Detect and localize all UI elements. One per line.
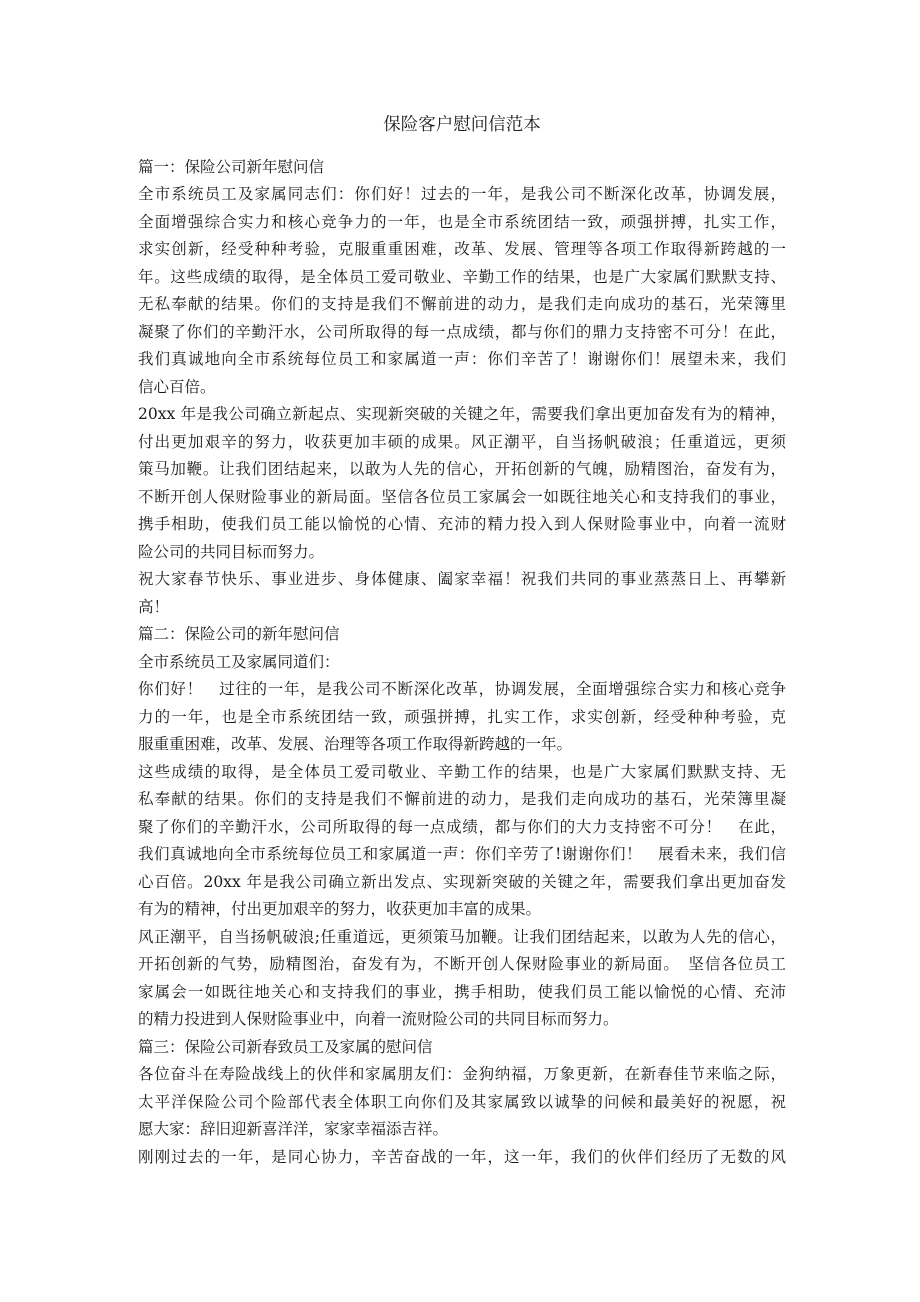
text-line: 各位奋斗在寿险战线上的伙伴和家属朋友们：金狗纳福，万象更新，在新春佳节来临之际， [138, 1061, 786, 1089]
text-line: 的精力投进到人保财险事业中，向着一流财险公司的共同目标而努力。 [138, 1006, 786, 1034]
text-line: 开拓创新的气势，励精图治，奋发有为，不断开创人保财险事业的新局面。 坚信各位员工 [138, 951, 786, 979]
text-line: 家属会一如既往地关心和支持我们的事业，携手相助，使我们员工能以愉悦的心情、充沛 [138, 979, 786, 1007]
text-line: 凝聚了你们的辛勤汗水，公司所取得的每一点成绩，都与你们的鼎力支持密不可分！在此， [138, 319, 786, 347]
text-line: 携手相助，使我们员工能以愉悦的心情、充沛的精力投入到人保财险事业中，向着一流财 [138, 511, 786, 539]
text-line: 无私奉献的结果。你们的支持是我们不懈前进的动力，是我们走向成功的基石，光荣簿里 [138, 291, 786, 319]
text-line: 全市系统员工及家属同道们： [138, 649, 786, 677]
text-line: 全面增强综合实力和核心竞争力的一年，也是全市系统团结一致，顽强拼搏，扎实工作， [138, 209, 786, 237]
text-line: 付出更加艰辛的努力，收获更加丰硕的成果。风正潮平，自当扬帆破浪；任重道远，更须 [138, 429, 786, 457]
text-line: 私奉献的结果。你们的支持是我们不懈前进的动力，是我们走向成功的基石，光荣簿里凝 [138, 786, 786, 814]
text-line: 风正潮平，自当扬帆破浪;任重道远，更须策马加鞭。让我们团结起来，以敢为人先的信心… [138, 924, 786, 952]
text-line: 策马加鞭。让我们团结起来，以敢为人先的信心，开拓创新的气魄，励精图治，奋发有为， [138, 456, 786, 484]
text-line: 20xx 年是我公司确立新起点、实现新突破的关键之年，需要我们拿出更加奋发有为的… [138, 401, 786, 429]
text-line: 力的一年，也是全市系统团结一致，顽强拼搏，扎实工作，求实创新，经受种种考验，克 [138, 704, 786, 732]
document-content: 保险客户慰问信范本 篇一：保险公司新年慰问信全市系统员工及家属同志们：你们好！过… [138, 112, 786, 1171]
text-line: 有为的精神，付出更加艰辛的努力，收获更加丰富的成果。 [138, 896, 786, 924]
document-page: 保险客户慰问信范本 篇一：保险公司新年慰问信全市系统员工及家属同志们：你们好！过… [0, 0, 920, 1302]
text-line: 聚了你们的辛勤汗水，公司所取得的每一点成绩，都与你们的大力支持密不可分！ 在此， [138, 814, 786, 842]
text-line: 心百倍。20xx 年是我公司确立新出发点、实现新突破的关键之年，需要我们拿出更加… [138, 869, 786, 897]
text-line: 这些成绩的取得，是全体员工爱司敬业、辛勤工作的结果，也是广大家属们默默支持、无 [138, 759, 786, 787]
text-line: 愿大家：辞旧迎新喜洋洋，家家幸福添吉祥。 [138, 1116, 786, 1144]
text-line: 太平洋保险公司个险部代表全体职工向你们及其家属致以诚挚的问候和最美好的祝愿，祝 [138, 1089, 786, 1117]
text-line: 求实创新，经受种种考验，克服重重困难，改革、发展、管理等各项工作取得新跨越的一 [138, 236, 786, 264]
text-line: 险公司的共同目标而努力。 [138, 539, 786, 567]
section-heading: 篇一：保险公司新年慰问信 [138, 154, 786, 182]
text-line: 不断开创人保财险事业的新局面。坚信各位员工家属会一如既往地关心和支持我们的事业， [138, 484, 786, 512]
section-heading: 篇三：保险公司新春致员工及家属的慰问信 [138, 1034, 786, 1062]
text-line: 我们真诚地向全市系统每位员工和家属道一声：你们辛劳了!谢谢你们！ 展看未来，我们… [138, 841, 786, 869]
text-line: 年。这些成绩的取得，是全体员工爱司敬业、辛勤工作的结果，也是广大家属们默默支持、 [138, 264, 786, 292]
text-line: 信心百倍。 [138, 374, 786, 402]
text-line: 你们好！ 过往的一年，是我公司不断深化改革，协调发展，全面增强综合实力和核心竞争 [138, 676, 786, 704]
text-line: 全市系统员工及家属同志们：你们好！过去的一年，是我公司不断深化改革，协调发展， [138, 181, 786, 209]
text-line: 祝大家春节快乐、事业进步、身体健康、阖家幸福！祝我们共同的事业蒸蒸日上、再攀新 [138, 566, 786, 594]
section-heading: 篇二：保险公司的新年慰问信 [138, 621, 786, 649]
document-title: 保险客户慰问信范本 [138, 112, 786, 140]
text-line: 我们真诚地向全市系统每位员工和家属道一声：你们辛苦了！谢谢你们！展望未来，我们 [138, 346, 786, 374]
text-line: 刚刚过去的一年，是同心协力，辛苦奋战的一年，这一年，我们的伙伴们经历了无数的风 [138, 1144, 786, 1172]
document-body: 篇一：保险公司新年慰问信全市系统员工及家属同志们：你们好！过去的一年，是我公司不… [138, 154, 786, 1172]
text-line: 高！ [138, 594, 786, 622]
text-line: 服重重困难，改革、发展、治理等各项工作取得新跨越的一年。 [138, 731, 786, 759]
